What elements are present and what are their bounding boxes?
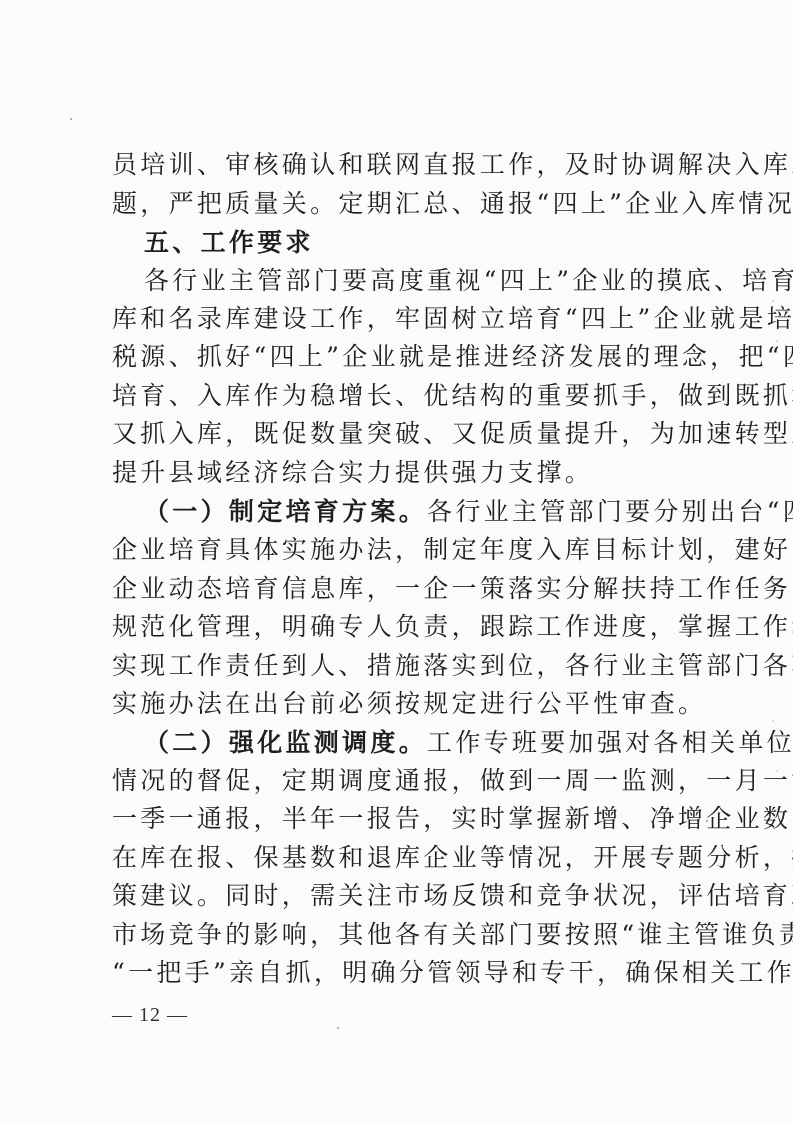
text-line: 企业动态培育信息库，一企一策落实分解扶持工作任务，实行 — [112, 574, 704, 604]
text-line: 题，严把质量关。定期汇总、通报“四上”企业入库情况。 — [112, 189, 704, 219]
section-heading-text: 五、工作要求 — [144, 228, 314, 257]
scan-speck — [776, 770, 778, 772]
text-line: 企业培育具体实施办法，制定年度入库目标计划，建好“四上” — [112, 535, 704, 565]
text-line: 培育、入库作为稳增长、优结构的重要抓手，做到既抓培育、 — [112, 381, 704, 411]
line-text: 企业培育具体实施办法，制定年度入库目标计划，建好“四上” — [112, 535, 793, 564]
text-line: 策建议。同时，需关注市场反馈和竞争状况，评估培育政策对 — [112, 881, 704, 911]
text-line: 税源、抓好“四上”企业就是推进经济发展的理念，把“四上”企业 — [112, 342, 704, 372]
text-line: 实施办法在出台前必须按规定进行公平性审查。 — [112, 689, 704, 719]
line-text: 规范化管理，明确专人负责，跟踪工作进度，掌握工作动态， — [112, 612, 793, 641]
line-text: 各行业主管部门要分别出台“四上” — [427, 497, 793, 526]
subsection-title: （二）强化监测调度。 — [144, 728, 427, 757]
line-text: 实现工作责任到人、措施落实到位，各行业主管部门各项具体 — [112, 651, 793, 680]
scan-speck — [337, 1027, 339, 1029]
document-page: 员培训、审核确认和联网直报工作，及时协调解决入库工作问题，严把质量关。定期汇总、… — [0, 0, 793, 1122]
line-text: 库和名录库建设工作，牢固树立培育“四上”企业就是培植财源 — [112, 304, 793, 333]
text-line: 实现工作责任到人、措施落实到位，各行业主管部门各项具体 — [112, 651, 704, 681]
text-line: 情况的督促，定期调度通报，做到一周一监测，一月一调度， — [112, 766, 704, 796]
section-heading: 五、工作要求 — [144, 228, 704, 258]
line-text: 题，严把质量关。定期汇总、通报“四上”企业入库情况。 — [112, 189, 793, 218]
line-text: 情况的督促，定期调度通报，做到一周一监测，一月一调度， — [112, 766, 793, 795]
line-text: 又抓入库，既促数量突破、又促质量提升，为加速转型发展、 — [112, 419, 793, 448]
text-line: （一）制定培育方案。各行业主管部门要分别出台“四上” — [144, 497, 704, 527]
scan-speck — [70, 118, 72, 120]
line-text: 在库在报、保基数和退库企业等情况，开展专题分析，提出对 — [112, 843, 793, 872]
line-text: 实施办法在出台前必须按规定进行公平性审查。 — [112, 689, 706, 718]
line-text: 培育、入库作为稳增长、优结构的重要抓手，做到既抓培育、 — [112, 381, 793, 410]
line-text: 各行业主管部门要高度重视“四上”企业的摸底、培育、入 — [144, 266, 793, 295]
line-text: 提升县域经济综合实力提供强力支撑。 — [112, 458, 593, 487]
text-line: “一把手”亲自抓，明确分管领导和专干，确保相关工作落到实 — [112, 958, 704, 988]
scan-speck — [706, 820, 708, 822]
text-line: 各行业主管部门要高度重视“四上”企业的摸底、培育、入 — [144, 266, 704, 296]
page-number: — 12 — — [112, 1003, 188, 1027]
line-text: 市场竞争的影响，其他各有关部门要按照“谁主管谁负责”原则， — [112, 920, 793, 949]
line-text: 企业动态培育信息库，一企一策落实分解扶持工作任务，实行 — [112, 574, 793, 603]
line-text: 工作专班要加强对各相关单位工作 — [427, 728, 793, 757]
scan-speck — [772, 720, 774, 722]
scan-speck — [776, 340, 778, 342]
text-line: 库和名录库建设工作，牢固树立培育“四上”企业就是培植财源 — [112, 304, 704, 334]
text-line: 规范化管理，明确专人负责，跟踪工作进度，掌握工作动态， — [112, 612, 704, 642]
text-line: 在库在报、保基数和退库企业等情况，开展专题分析，提出对 — [112, 843, 704, 873]
line-text: 一季一通报，半年一报告，实时掌握新增、净增企业数，以及 — [112, 804, 793, 833]
line-text: “一把手”亲自抓，明确分管领导和专干，确保相关工作落到实 — [112, 958, 793, 987]
line-text: 税源、抓好“四上”企业就是推进经济发展的理念，把“四上”企业 — [112, 342, 793, 371]
text-line: （二）强化监测调度。工作专班要加强对各相关单位工作 — [144, 728, 704, 758]
text-line: 市场竞争的影响，其他各有关部门要按照“谁主管谁负责”原则， — [112, 920, 704, 950]
text-line: 提升县域经济综合实力提供强力支撑。 — [112, 458, 704, 488]
text-line: 又抓入库，既促数量突破、又促质量提升，为加速转型发展、 — [112, 419, 704, 449]
text-line: 员培训、审核确认和联网直报工作，及时协调解决入库工作问 — [112, 150, 704, 180]
scan-speck — [772, 300, 774, 302]
subsection-title: （一）制定培育方案。 — [144, 497, 427, 526]
line-text: 策建议。同时，需关注市场反馈和竞争状况，评估培育政策对 — [112, 881, 793, 910]
line-text: 员培训、审核确认和联网直报工作，及时协调解决入库工作问 — [112, 150, 793, 179]
text-line: 一季一通报，半年一报告，实时掌握新增、净增企业数，以及 — [112, 804, 704, 834]
